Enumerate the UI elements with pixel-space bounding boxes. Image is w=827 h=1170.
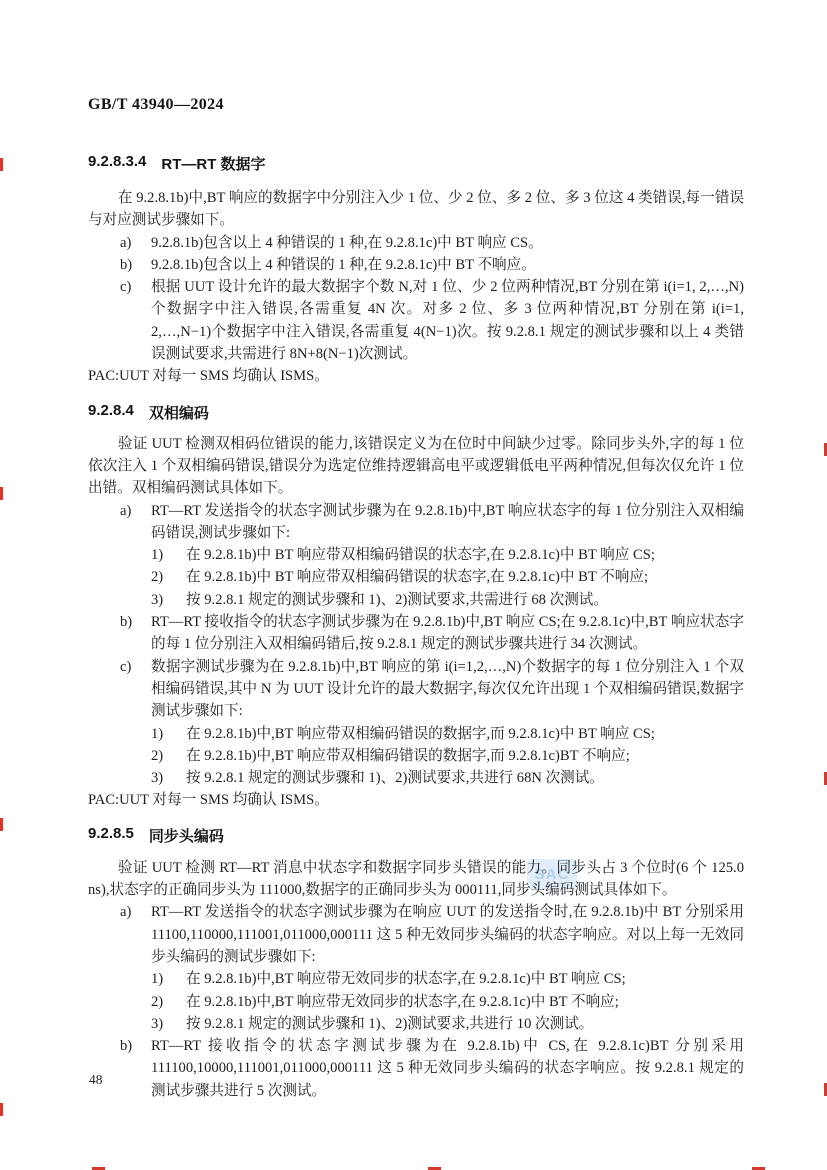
section-number: 9.2.8.4 <box>88 402 134 423</box>
list-label: b) <box>120 1035 151 1102</box>
sublist-text: 在 9.2.8.1b)中,BT 响应带无效同步的状态字,在 9.2.8.1c)中… <box>186 991 744 1013</box>
sublist-item-s3-a-3: 3) 按 9.2.8.1 规定的测试步骤和 1)、2)测试要求,共进行 10 次… <box>88 1013 744 1035</box>
sublist-text: 按 9.2.8.1 规定的测试步骤和 1)、2)测试要求,共进行 10 次测试。 <box>186 1013 744 1035</box>
section-number: 9.2.8.3.4 <box>88 153 146 174</box>
list-text: RT—RT 发送指令的状态字测试步骤为在响应 UUT 的发送指令时,在 9.2.… <box>151 901 744 968</box>
list-item-s3-b: b) RT—RT 接收指令的状态字测试步骤为在 9.2.8.1b)中 CS,在 … <box>88 1035 744 1102</box>
list-item-s2-a: a) RT—RT 发送指令的状态字测试步骤为在 9.2.8.1b)中,BT 响应… <box>88 500 744 545</box>
list-text: RT—RT 接收指令的状态字测试步骤为在 9.2.8.1b)中 CS,在 9.2… <box>151 1035 744 1102</box>
edge-mark <box>0 1103 3 1116</box>
page-number: 48 <box>89 1072 103 1088</box>
sublist-label: 1) <box>151 968 186 990</box>
sublist-item-s2-a-2: 2) 在 9.2.8.1b)中 BT 响应带双相编码错误的状态字,在 9.2.8… <box>88 566 744 588</box>
list-text: 9.2.8.1b)包含以上 4 种错误的 1 种,在 9.2.8.1c)中 BT… <box>151 254 744 276</box>
sublist-text: 在 9.2.8.1b)中 BT 响应带双相编码错误的状态字,在 9.2.8.1c… <box>186 544 744 566</box>
list-item-s3-a: a) RT—RT 发送指令的状态字测试步骤为在响应 UUT 的发送指令时,在 9… <box>88 901 744 968</box>
list-label: b) <box>120 254 151 276</box>
sublist-label: 2) <box>151 991 186 1013</box>
sublist-item-s2-a-1: 1) 在 9.2.8.1b)中 BT 响应带双相编码错误的状态字,在 9.2.8… <box>88 544 744 566</box>
section-title: 双相编码 <box>149 402 209 423</box>
sublist-text: 在 9.2.8.1b)中,BT 响应带双相编码错误的数据字,而 9.2.8.1c… <box>186 745 744 767</box>
section-heading-9-2-8-3-4: 9.2.8.3.4 RT—RT 数据字 <box>88 153 744 174</box>
list-item-s2-b: b) RT—RT 接收指令的状态字测试步骤为在 9.2.8.1b)中,BT 响应… <box>88 611 744 656</box>
list-label: c) <box>120 276 151 365</box>
list-text: RT—RT 发送指令的状态字测试步骤为在 9.2.8.1b)中,BT 响应状态字… <box>151 500 744 545</box>
section-heading-9-2-8-5: 9.2.8.5 同步头编码 <box>88 825 744 846</box>
paragraph-s2-intro: 验证 UUT 检测双相码位错误的能力,该错误定义为在位时中间缺少过零。除同步头外… <box>88 433 744 500</box>
sublist-label: 2) <box>151 566 186 588</box>
list-label: a) <box>120 901 151 968</box>
sublist-text: 在 9.2.8.1b)中 BT 响应带双相编码错误的状态字,在 9.2.8.1c… <box>186 566 744 588</box>
sublist-item-s2-c-3: 3) 按 9.2.8.1 规定的测试步骤和 1)、2)测试要求,共进行 68N … <box>88 767 744 789</box>
list-text: 数据字测试步骤为在 9.2.8.1b)中,BT 响应的第 i(i=1,2,…,N… <box>151 656 744 723</box>
sublist-label: 3) <box>151 589 186 611</box>
section-title: RT—RT 数据字 <box>161 153 265 174</box>
section-heading-9-2-8-4: 9.2.8.4 双相编码 <box>88 402 744 423</box>
edge-mark <box>0 818 3 831</box>
paragraph-s3-intro: 验证 UUT 检测 RT—RT 消息中状态字和数据字同步头错误的能力。同步头占 … <box>88 857 744 902</box>
sublist-item-s2-a-3: 3) 按 9.2.8.1 规定的测试步骤和 1)、2)测试要求,共需进行 68 … <box>88 589 744 611</box>
section-number: 9.2.8.5 <box>88 825 134 846</box>
sublist-item-s3-a-2: 2) 在 9.2.8.1b)中,BT 响应带无效同步的状态字,在 9.2.8.1… <box>88 991 744 1013</box>
sublist-item-s3-a-1: 1) 在 9.2.8.1b)中,BT 响应带无效同步的状态字,在 9.2.8.1… <box>88 968 744 990</box>
edge-mark <box>0 487 3 500</box>
document-page: SAC GB/T 43940—2024 9.2.8.3.4 RT—RT 数据字 … <box>0 0 827 1170</box>
list-label: b) <box>120 611 151 656</box>
list-item-s2-c: c) 数据字测试步骤为在 9.2.8.1b)中,BT 响应的第 i(i=1,2,… <box>88 656 744 723</box>
paragraph-s1-intro: 在 9.2.8.1b)中,BT 响应的数据字中分别注入少 1 位、少 2 位、多… <box>88 187 744 232</box>
sublist-label: 3) <box>151 767 186 789</box>
sublist-text: 按 9.2.8.1 规定的测试步骤和 1)、2)测试要求,共进行 68N 次测试… <box>186 767 744 789</box>
document-code: GB/T 43940—2024 <box>88 0 744 114</box>
sublist-label: 1) <box>151 544 186 566</box>
sublist-text: 在 9.2.8.1b)中,BT 响应带双相编码错误的数据字,而 9.2.8.1c… <box>186 723 744 745</box>
pac-note-s2: PAC:UUT 对每一 SMS 均确认 ISMS。 <box>88 789 744 811</box>
sublist-text: 按 9.2.8.1 规定的测试步骤和 1)、2)测试要求,共需进行 68 次测试… <box>186 589 744 611</box>
sublist-item-s2-c-1: 1) 在 9.2.8.1b)中,BT 响应带双相编码错误的数据字,而 9.2.8… <box>88 723 744 745</box>
sublist-item-s2-c-2: 2) 在 9.2.8.1b)中,BT 响应带双相编码错误的数据字,而 9.2.8… <box>88 745 744 767</box>
list-item-s1-b: b) 9.2.8.1b)包含以上 4 种错误的 1 种,在 9.2.8.1c)中… <box>88 254 744 276</box>
edge-mark <box>0 158 3 171</box>
list-text: 根据 UUT 设计允许的最大数据字个数 N,对 1 位、少 2 位两种情况,BT… <box>151 276 744 365</box>
section-title: 同步头编码 <box>149 825 224 846</box>
list-text: 9.2.8.1b)包含以上 4 种错误的 1 种,在 9.2.8.1c)中 BT… <box>151 232 744 254</box>
sublist-label: 2) <box>151 745 186 767</box>
list-item-s1-c: c) 根据 UUT 设计允许的最大数据字个数 N,对 1 位、少 2 位两种情况… <box>88 276 744 365</box>
list-text: RT—RT 接收指令的状态字测试步骤为在 9.2.8.1b)中,BT 响应 CS… <box>151 611 744 656</box>
sublist-label: 3) <box>151 1013 186 1035</box>
list-item-s1-a: a) 9.2.8.1b)包含以上 4 种错误的 1 种,在 9.2.8.1c)中… <box>88 232 744 254</box>
list-label: c) <box>120 656 151 723</box>
pac-note-s1: PAC:UUT 对每一 SMS 均确认 ISMS。 <box>88 365 744 387</box>
sublist-label: 1) <box>151 723 186 745</box>
page-content: GB/T 43940—2024 9.2.8.3.4 RT—RT 数据字 在 9.… <box>88 0 744 1102</box>
list-label: a) <box>120 232 151 254</box>
sublist-text: 在 9.2.8.1b)中,BT 响应带无效同步的状态字,在 9.2.8.1c)中… <box>186 968 744 990</box>
list-label: a) <box>120 500 151 545</box>
